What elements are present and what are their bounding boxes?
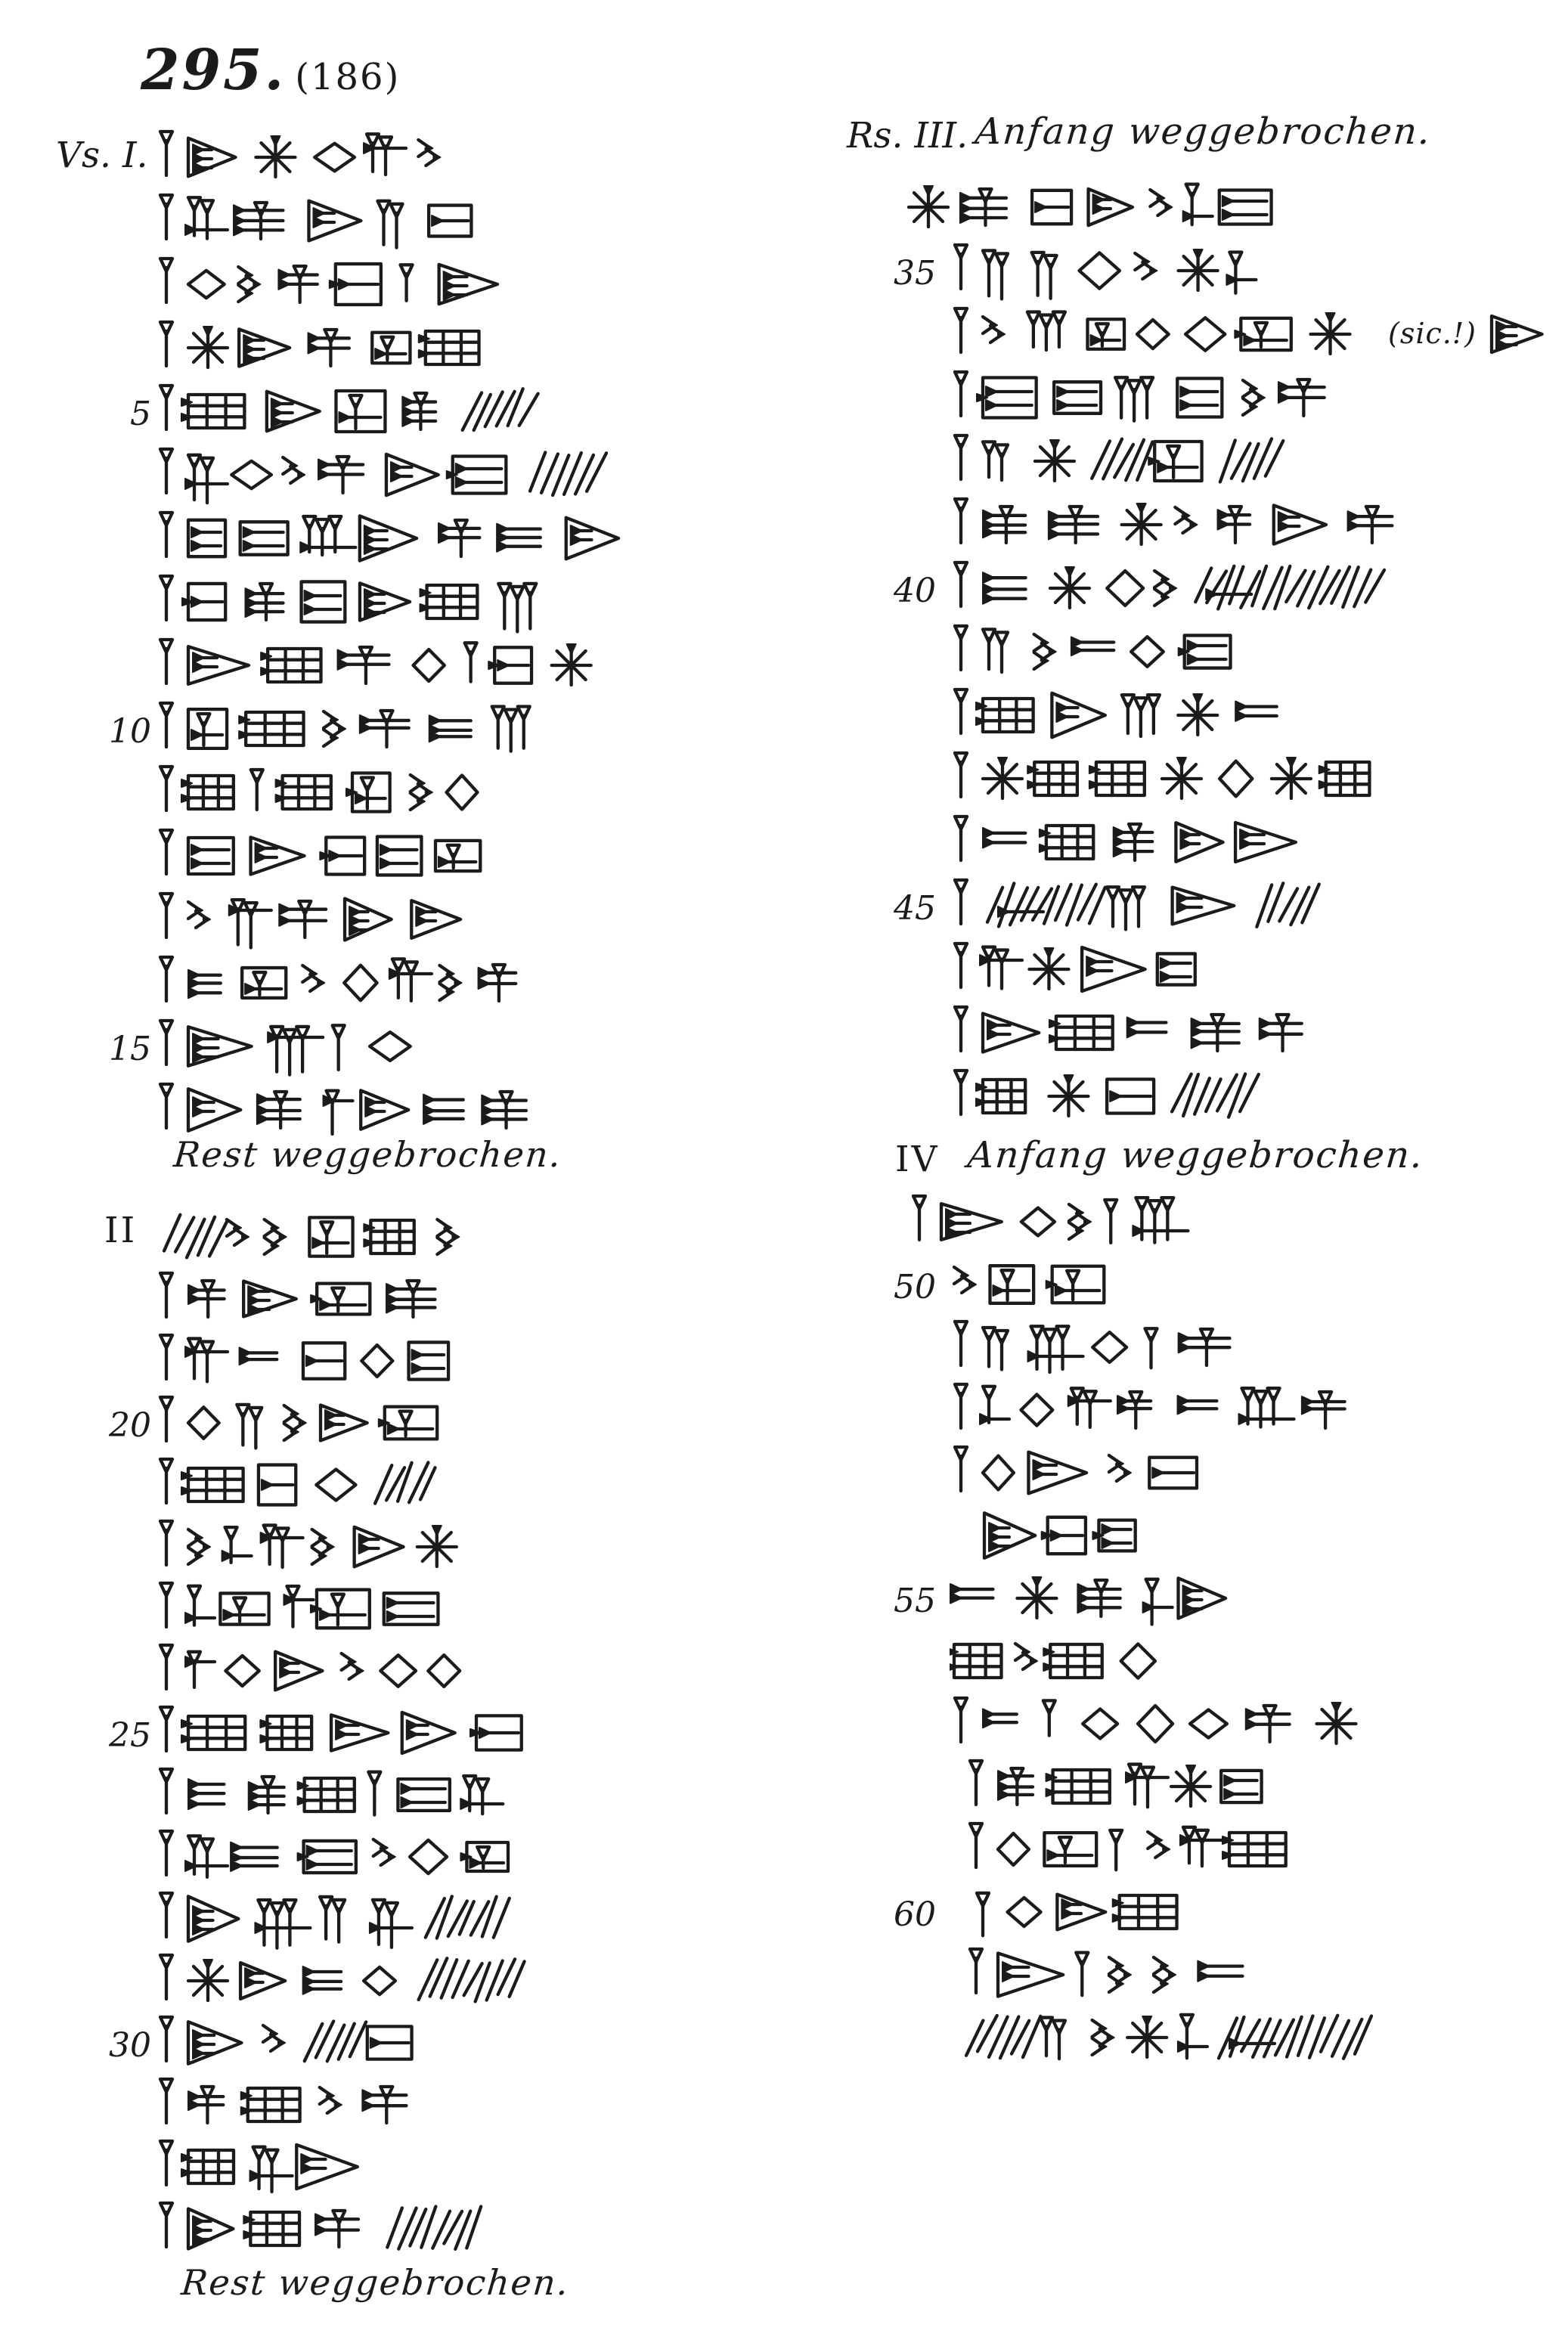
cuneiform-line-row bbox=[155, 1204, 488, 1269]
cuneiform-line-row bbox=[155, 2134, 381, 2199]
cuneiform-line-drawing bbox=[950, 237, 1275, 302]
cuneiform-line-drawing bbox=[950, 618, 1259, 683]
cuneiform-line-row bbox=[965, 1816, 1314, 1881]
cuneiform-line-drawing bbox=[155, 442, 608, 507]
cuneiform-line-row bbox=[155, 1266, 466, 1331]
cuneiform-line-drawing bbox=[950, 872, 1323, 937]
cuneiform-line-drawing bbox=[155, 187, 500, 253]
cuneiform-line-drawing bbox=[155, 1204, 488, 1269]
cuneiform-line-drawing bbox=[950, 1628, 1183, 1693]
column-label: Rs. III. bbox=[847, 115, 968, 156]
line-number: 20 bbox=[53, 1406, 151, 1445]
cuneiform-line-row bbox=[972, 1879, 1207, 1944]
cuneiform-line-drawing bbox=[155, 1266, 466, 1331]
sic-annotation: (sic.!) bbox=[1388, 317, 1477, 350]
cuneiform-line-drawing bbox=[950, 809, 1325, 874]
cuneiform-line-row bbox=[155, 1328, 469, 1393]
cuneiform-line-drawing bbox=[155, 1077, 556, 1142]
cuneiform-line-row bbox=[155, 1013, 441, 1078]
cuneiform-line-row bbox=[950, 745, 1398, 810]
page-title: 295. (186) bbox=[141, 38, 400, 103]
cuneiform-line-row bbox=[950, 428, 1286, 493]
cuneiform-line-row bbox=[155, 1452, 442, 1517]
cuneiform-line-drawing bbox=[950, 936, 1222, 1001]
broken-away-caption: Rest weggebrochen. bbox=[172, 1134, 564, 1175]
cuneiform-line-row bbox=[155, 1390, 459, 1455]
cuneiform-line-row bbox=[155, 696, 562, 761]
cuneiform-line-drawing bbox=[950, 555, 1387, 620]
cuneiform-line-row bbox=[980, 1502, 1157, 1567]
cuneiform-line-drawing bbox=[155, 1452, 442, 1517]
cuneiform-line-drawing bbox=[980, 1502, 1157, 1567]
cuneiform-line-drawing bbox=[155, 1390, 459, 1455]
cuneiform-line-row bbox=[155, 1762, 525, 1827]
cuneiform-line-row bbox=[950, 1314, 1256, 1379]
cuneiform-line-row bbox=[957, 2004, 1376, 2069]
cuneiform-line-drawing bbox=[155, 1013, 441, 1078]
cuneiform-line-row bbox=[950, 682, 1312, 747]
line-number: 25 bbox=[53, 1716, 151, 1755]
cuneiform-line-row bbox=[155, 2196, 488, 2261]
cuneiform-line-row bbox=[155, 251, 525, 316]
cuneiform-line-drawing bbox=[950, 682, 1312, 747]
cuneiform-line-row bbox=[950, 1377, 1374, 1442]
line-number: 60 bbox=[838, 1895, 936, 1934]
cuneiform-line-row bbox=[155, 1514, 477, 1579]
cuneiform-line-drawing bbox=[155, 1700, 546, 1765]
cuneiform-line-drawing bbox=[950, 491, 1427, 556]
line-number: 15 bbox=[53, 1030, 151, 1068]
cuneiform-line-drawing bbox=[965, 1816, 1314, 1881]
cuneiform-line-drawing bbox=[155, 1886, 514, 1951]
cuneiform-line-drawing bbox=[155, 2196, 488, 2261]
cuneiform-line-row bbox=[155, 1824, 538, 1889]
cuneiform-line-drawing bbox=[155, 886, 487, 951]
cuneiform-line-row bbox=[950, 936, 1222, 1001]
line-number: 30 bbox=[53, 2026, 151, 2065]
cuneiform-line-row bbox=[155, 569, 572, 634]
cuneiform-line-drawing bbox=[965, 1941, 1278, 2007]
cuneiform-line-drawing bbox=[155, 505, 644, 570]
line-number: 50 bbox=[838, 1268, 936, 1306]
cuneiform-line-row bbox=[904, 174, 1297, 239]
cuneiform-line-row bbox=[155, 1700, 546, 1765]
cuneiform-line-row bbox=[155, 315, 506, 380]
cuneiform-line-drawing bbox=[950, 1377, 1374, 1442]
cuneiform-line-drawing bbox=[155, 1328, 469, 1393]
cuneiform-line-row bbox=[155, 2072, 443, 2137]
cuneiform-line-drawing bbox=[950, 1063, 1261, 1128]
text-number: 295. bbox=[141, 38, 286, 103]
line-number: 10 bbox=[53, 712, 151, 751]
cuneiform-line-drawing bbox=[1487, 301, 1568, 366]
cuneiform-line-drawing bbox=[950, 1439, 1222, 1505]
cuneiform-line-row bbox=[950, 237, 1275, 302]
cuneiform-line-row bbox=[950, 1251, 1125, 1316]
cuneiform-line-row bbox=[950, 1063, 1261, 1128]
cuneiform-line-row bbox=[950, 491, 1427, 556]
cuneiform-line-drawing bbox=[957, 2004, 1376, 2069]
cuneiform-line-row bbox=[908, 1188, 1202, 1254]
cuneiform-line-row bbox=[950, 999, 1335, 1064]
cuneiform-line-row bbox=[950, 1690, 1379, 1756]
cuneiform-line-drawing bbox=[155, 1948, 530, 2013]
broken-away-heading: Anfang weggebrochen. bbox=[974, 110, 1433, 153]
cuneiform-line-row bbox=[965, 1753, 1285, 1818]
cuneiform-line-row bbox=[950, 1628, 1183, 1693]
cuneiform-line-row bbox=[155, 378, 540, 443]
cuneiform-line-drawing bbox=[155, 1824, 538, 1889]
cuneiform-line-drawing bbox=[950, 1690, 1379, 1756]
cuneiform-line-row bbox=[155, 1948, 530, 2013]
cuneiform-line-drawing bbox=[155, 696, 562, 761]
text-alt-number: (186) bbox=[295, 56, 400, 98]
cuneiform-line-drawing bbox=[155, 2072, 443, 2137]
cuneiform-line-row bbox=[155, 124, 472, 189]
cuneiform-line-drawing bbox=[950, 999, 1335, 1064]
cuneiform-line-row bbox=[155, 187, 500, 253]
cuneiform-line-row bbox=[965, 1941, 1278, 2007]
cuneiform-line-drawing bbox=[155, 1514, 477, 1579]
cuneiform-line-drawing bbox=[155, 315, 506, 380]
column-label: Vs. I. bbox=[56, 135, 147, 176]
cuneiform-line-drawing bbox=[965, 1753, 1285, 1818]
cuneiform-line-drawing bbox=[950, 1314, 1256, 1379]
line-number: 55 bbox=[838, 1582, 936, 1620]
line-number: 40 bbox=[838, 572, 936, 610]
cuneiform-line-drawing bbox=[950, 745, 1398, 810]
cuneiform-line-row bbox=[155, 1886, 514, 1951]
cuneiform-line-row bbox=[155, 823, 508, 888]
cuneiform-line-drawing bbox=[908, 1188, 1202, 1254]
cuneiform-line-drawing bbox=[946, 1565, 1250, 1630]
broken-away-caption: Rest weggebrochen. bbox=[180, 2262, 572, 2303]
broken-away-heading: Anfang weggebrochen. bbox=[966, 1134, 1426, 1176]
cuneiform-line-row bbox=[950, 1439, 1222, 1505]
cuneiform-line-drawing bbox=[155, 1762, 525, 1827]
cuneiform-line-drawing bbox=[950, 1251, 1125, 1316]
cuneiform-line-row bbox=[946, 1565, 1250, 1630]
cuneiform-line-drawing bbox=[155, 2010, 433, 2075]
cuneiform-line-drawing bbox=[950, 428, 1286, 493]
cuneiform-line-drawing bbox=[904, 174, 1297, 239]
cuneiform-line-row bbox=[155, 442, 608, 507]
cuneiform-line-row bbox=[950, 618, 1259, 683]
cuneiform-line-row bbox=[155, 886, 487, 951]
line-number: 45 bbox=[838, 889, 936, 928]
cuneiform-line-drawing bbox=[155, 569, 572, 634]
cuneiform-line-row bbox=[155, 505, 644, 570]
cuneiform-line-drawing bbox=[155, 1638, 481, 1703]
document-page: 295. (186) Vs. I.51015Rest weggebrochen.… bbox=[0, 0, 1568, 2349]
line-number: 35 bbox=[838, 254, 936, 293]
cuneiform-line-drawing bbox=[155, 1576, 468, 1641]
cuneiform-line-row bbox=[155, 2010, 433, 2075]
column-label: IV bbox=[895, 1139, 940, 1180]
cuneiform-line-drawing bbox=[972, 1879, 1207, 1944]
cuneiform-line-drawing bbox=[155, 2134, 381, 2199]
cuneiform-line-drawing bbox=[155, 950, 547, 1015]
column-label: II bbox=[104, 1210, 137, 1251]
cuneiform-line-row bbox=[155, 1576, 468, 1641]
cuneiform-line-drawing bbox=[155, 823, 508, 888]
cuneiform-line-drawing bbox=[155, 378, 540, 443]
cuneiform-line-row bbox=[950, 364, 1358, 429]
cuneiform-line-drawing bbox=[155, 632, 621, 697]
cuneiform-line-row bbox=[950, 555, 1387, 620]
cuneiform-line-row: (sic.!) bbox=[950, 301, 1568, 366]
line-number: 5 bbox=[53, 395, 151, 433]
cuneiform-line-drawing bbox=[950, 364, 1358, 429]
cuneiform-line-drawing bbox=[155, 124, 472, 189]
cuneiform-line-drawing bbox=[155, 759, 506, 824]
cuneiform-line-row bbox=[950, 872, 1323, 937]
cuneiform-line-row bbox=[155, 950, 547, 1015]
cuneiform-line-row bbox=[155, 1638, 481, 1703]
cuneiform-line-row bbox=[155, 759, 506, 824]
cuneiform-line-drawing bbox=[155, 251, 525, 316]
cuneiform-line-row bbox=[155, 632, 621, 697]
cuneiform-line-drawing bbox=[950, 301, 1377, 366]
cuneiform-line-row bbox=[155, 1077, 556, 1142]
cuneiform-line-row bbox=[950, 809, 1325, 874]
